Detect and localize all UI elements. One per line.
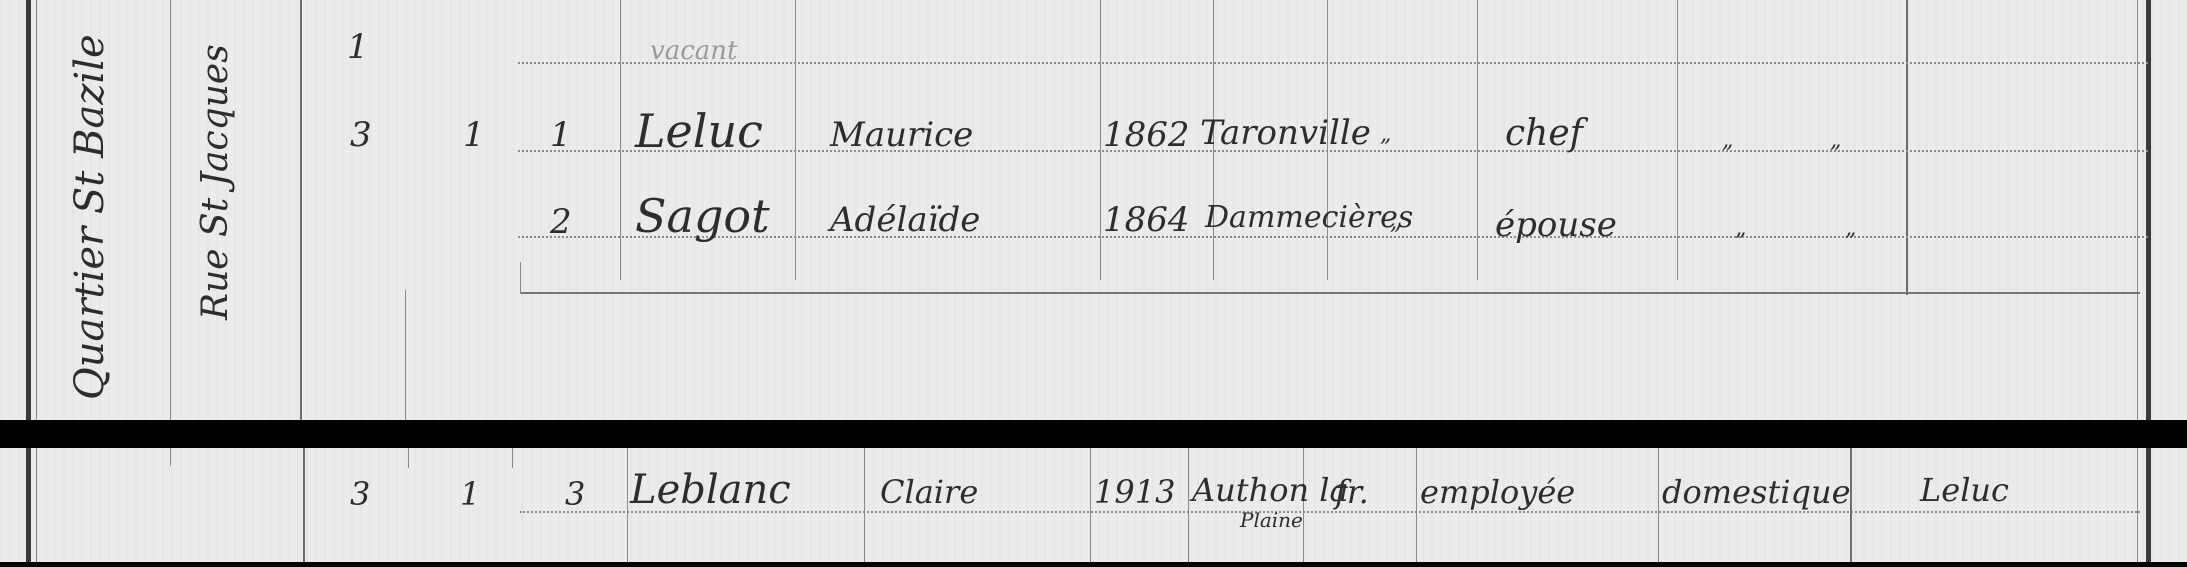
house-number: 3 — [350, 478, 370, 510]
right-border-inner — [2137, 448, 2138, 562]
row-rule — [518, 62, 2148, 64]
surname: Leblanc — [630, 470, 791, 510]
employer: Leluc — [1920, 474, 2009, 506]
given-name: Adélaïde — [830, 203, 980, 237]
column-rule — [1100, 0, 1101, 280]
column-rule — [1416, 448, 1417, 562]
person-number: 2 — [550, 205, 572, 239]
household-bracket — [520, 262, 521, 294]
ditto-mark: „ — [1830, 130, 1841, 152]
birthplace-line2: Plaine — [1240, 510, 1303, 530]
rue-label: Rue St Jacques — [198, 44, 234, 320]
person-number: 3 — [565, 478, 585, 510]
birthplace: Taronville — [1200, 116, 1371, 150]
relation: épouse — [1495, 208, 1617, 242]
ditto-mark: „ — [1735, 218, 1746, 240]
birth-year: 1864 — [1103, 203, 1190, 237]
relation: employée — [1420, 476, 1575, 508]
column-tick — [170, 448, 171, 466]
person-number: 1 — [550, 118, 572, 152]
column-tick — [512, 448, 513, 468]
nationality: fr. — [1335, 476, 1369, 508]
surname: Leluc — [635, 108, 763, 154]
column-rule — [1090, 448, 1091, 562]
column-rule — [1677, 0, 1678, 280]
ditto-mark: „ — [1845, 218, 1856, 240]
column-rule — [300, 0, 302, 420]
column-tick — [408, 448, 409, 468]
house-number: 1 — [347, 30, 369, 64]
column-rule — [303, 448, 305, 562]
birth-year: 1862 — [1103, 118, 1190, 152]
given-name: Claire — [880, 476, 978, 508]
column-rule — [1658, 448, 1659, 562]
column-rule — [627, 448, 628, 562]
ditto-mark: „ — [1390, 212, 1401, 234]
left-border — [26, 448, 31, 562]
column-rule — [1906, 0, 1908, 295]
column-rule — [1188, 448, 1189, 562]
column-rule — [1477, 0, 1478, 280]
column-rule-partial — [405, 290, 406, 420]
column-rule — [795, 0, 796, 280]
column-rule — [864, 448, 865, 562]
given-name: Maurice — [830, 118, 973, 152]
left-border-inner — [36, 448, 37, 562]
surname: Sagot — [635, 193, 770, 239]
household-end-rule — [520, 292, 2140, 294]
birthplace-line1: Authon la — [1192, 474, 1349, 506]
occupation: domestique — [1662, 476, 1851, 508]
ditto-mark: „ — [1380, 124, 1391, 146]
column-rule — [620, 0, 621, 280]
register-page-upper: Quartier St Bazile Rue St Jacques 1 vaca… — [0, 0, 2187, 420]
birthplace: Dammecières — [1205, 203, 1413, 233]
left-border-inner — [36, 0, 37, 420]
household-number: 1 — [460, 478, 480, 510]
relation: chef — [1505, 116, 1583, 152]
left-border — [26, 0, 31, 420]
column-rule — [170, 0, 171, 420]
household-number: 1 — [463, 118, 485, 152]
quartier-label: Quartier St Bazile — [70, 34, 110, 400]
house-number: 3 — [350, 118, 372, 152]
register-page-lower: 3 1 3 Leblanc Claire 1913 Authon la Plai… — [0, 448, 2187, 562]
vacant-note: vacant — [650, 38, 737, 64]
right-border — [2146, 448, 2151, 562]
ditto-mark: „ — [1722, 130, 1733, 152]
birth-year: 1913 — [1094, 476, 1175, 508]
